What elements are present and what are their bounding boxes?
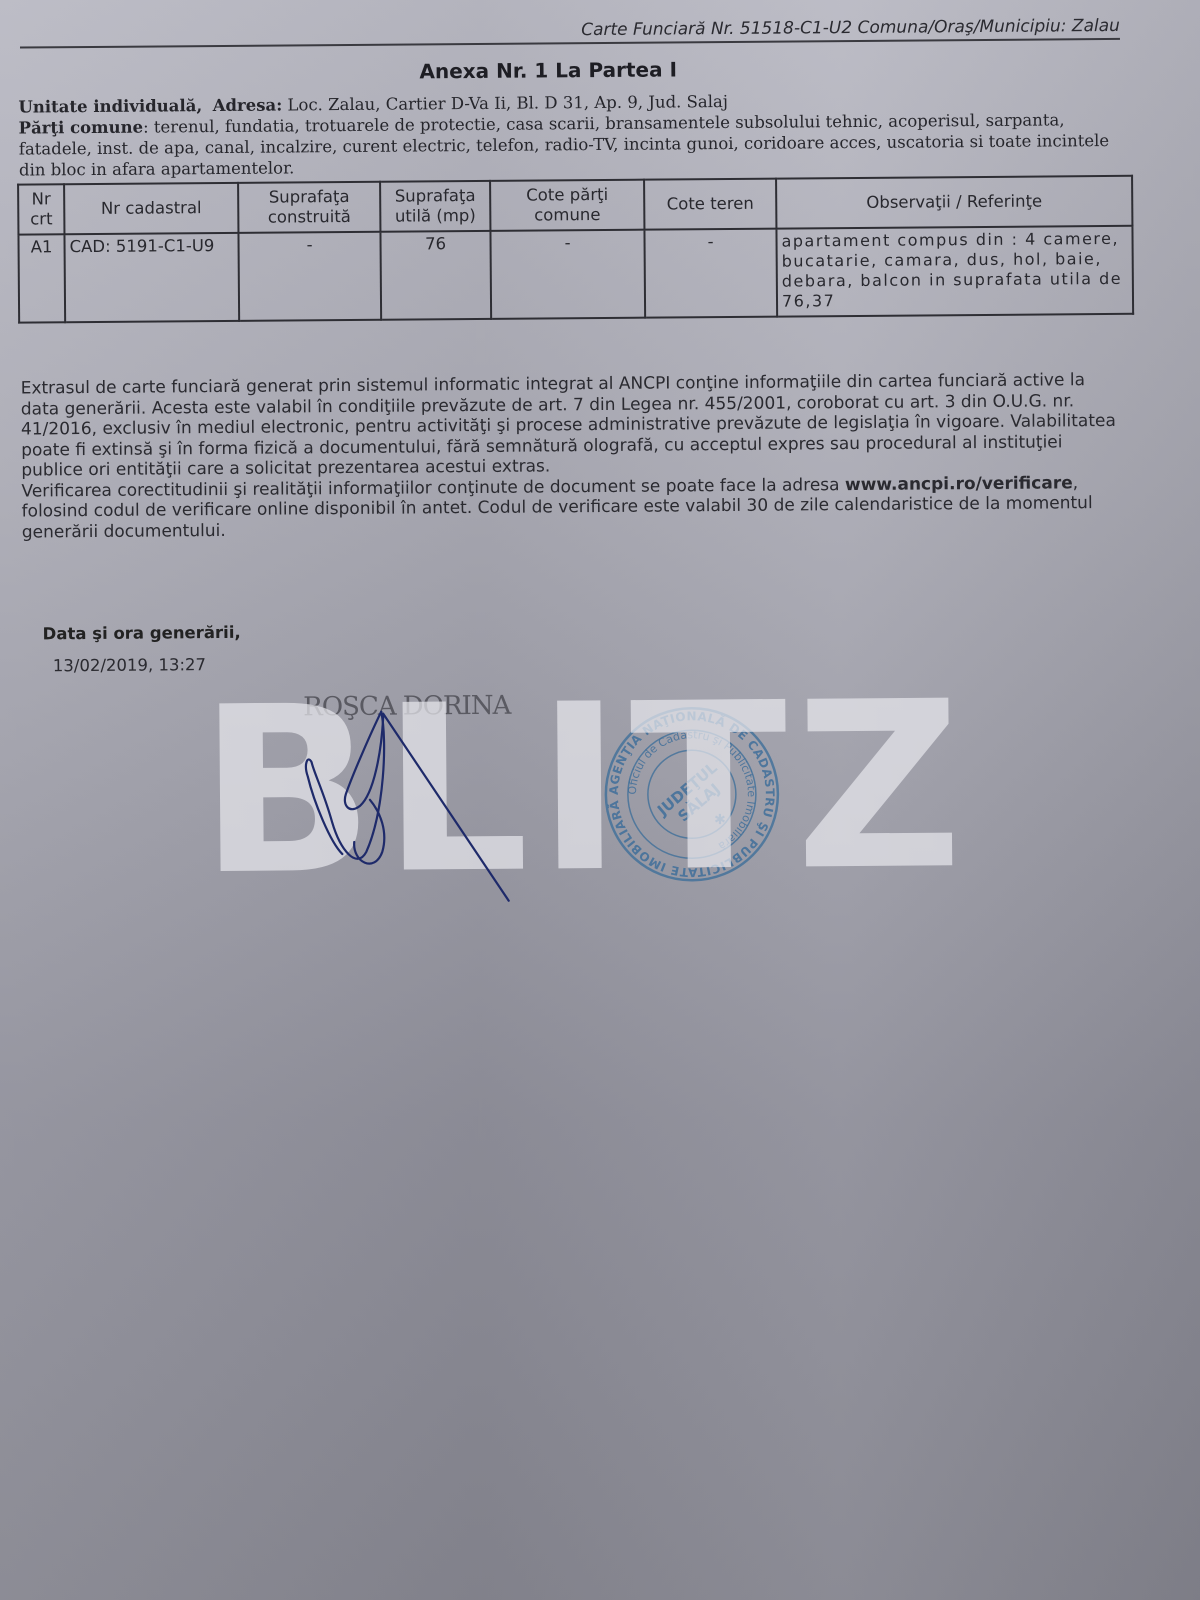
common-parts-value: : terenul, fundatia, trotuarele de prote… bbox=[19, 110, 1109, 179]
unit-description: Unitate individuală, Adresa: Loc. Zalau,… bbox=[18, 88, 1129, 181]
cf-reference-header: Carte Funciară Nr. 51518-C1-U2 Comuna/Or… bbox=[20, 16, 1120, 49]
handwritten-signature-icon bbox=[283, 701, 525, 923]
cell-suprafata-utila: 76 bbox=[380, 231, 491, 320]
cell-cote-parti-comune: - bbox=[490, 230, 645, 319]
cadastral-table: Nr crt Nr cadastral Suprafaţa construită… bbox=[17, 175, 1134, 324]
unit-label: Unitate individuală, bbox=[18, 96, 202, 116]
generation-datetime: 13/02/2019, 13:27 bbox=[53, 655, 206, 675]
col-header-nr-cadastral: Nr cadastral bbox=[64, 183, 238, 234]
address-label: Adresa: bbox=[213, 95, 283, 115]
verification-link[interactable]: www.ancpi.ro/verificare bbox=[845, 473, 1073, 495]
col-header-nr-crt: Nr crt bbox=[18, 184, 64, 234]
col-header-observatii: Observaţii / Referinţe bbox=[776, 176, 1132, 229]
annex-title: Anexa Nr. 1 La Partea I bbox=[0, 54, 1098, 87]
legal-notice: Extrasul de carte funciară generat prin … bbox=[21, 370, 1122, 543]
col-header-cote-parti-comune: Cote părţi comune bbox=[490, 180, 644, 231]
cell-nr-cadastral: CAD: 5191-C1-U9 bbox=[64, 233, 239, 322]
cell-suprafata-construita: - bbox=[238, 232, 381, 321]
legal-paragraph-verification: Verificarea corectitudinii şi realităţii… bbox=[21, 472, 1121, 542]
document-page: Carte Funciară Nr. 51518-C1-U2 Comuna/Or… bbox=[0, 0, 1200, 1600]
table-row: A1 CAD: 5191-C1-U9 - 76 - - apartament c… bbox=[18, 226, 1133, 323]
table-header-row: Nr crt Nr cadastral Suprafaţa construită… bbox=[18, 176, 1132, 235]
common-parts-label: Părţi comune bbox=[19, 118, 144, 138]
address-value: Loc. Zalau, Cartier D-Va Ii, Bl. D 31, A… bbox=[287, 92, 728, 114]
col-header-cote-teren: Cote teren bbox=[644, 179, 776, 230]
col-header-suprafata-construita: Suprafaţa construită bbox=[238, 182, 380, 233]
cell-cote-teren: - bbox=[644, 229, 777, 318]
generation-label: Data şi ora generării, bbox=[43, 623, 241, 644]
legal-paragraph-validity: Extrasul de carte funciară generat prin … bbox=[21, 370, 1122, 481]
cell-nr-crt: A1 bbox=[18, 234, 65, 322]
cell-observatii: apartament compus din : 4 camere, bucata… bbox=[776, 226, 1133, 317]
col-header-suprafata-utila: Suprafaţa utilă (mp) bbox=[380, 181, 490, 232]
